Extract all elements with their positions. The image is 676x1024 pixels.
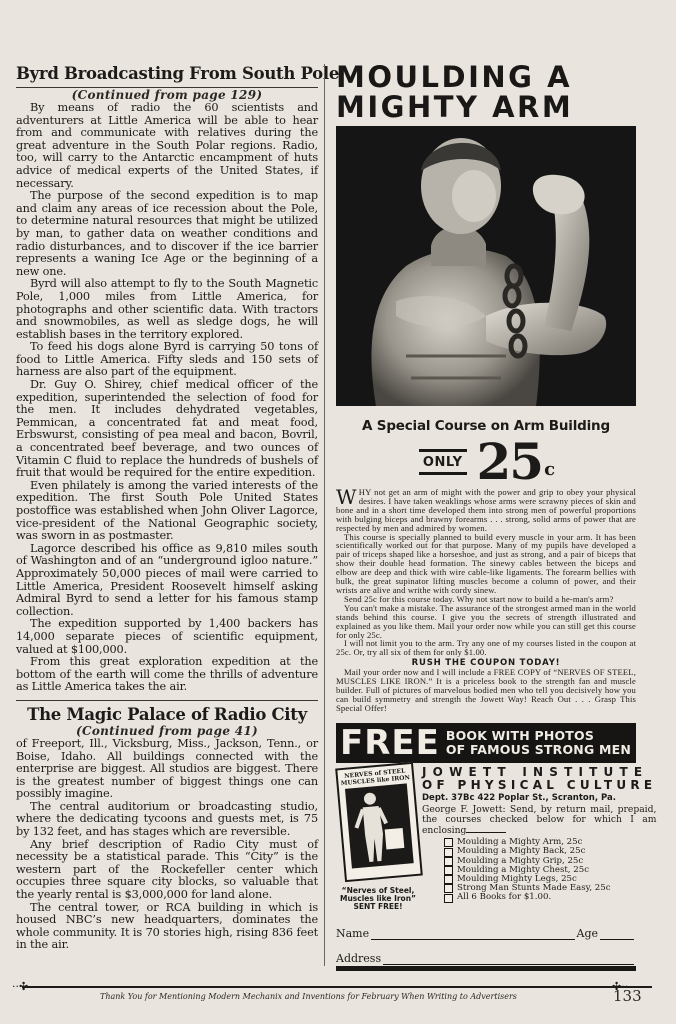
section-divider [16,700,318,701]
caption-line: SENT FREE! [336,903,420,911]
name-age-row: Name Age [336,927,636,940]
free-book-cover: NERVES of STEEL MUSCLES like IRON [335,762,423,882]
name-field[interactable] [371,927,574,940]
order-instructions: George F. Jowett: Send, by return mail, … [422,805,656,837]
instructions-text: George F. Jowett: Send, by return mail, … [422,804,656,836]
age-field[interactable] [600,927,634,940]
ad-paragraph: Mail your order now and I will include a… [336,668,636,713]
price-unit: c [544,459,553,480]
article-body-radio-city: of Freeport, Ill., Vicksburg, Miss., Jac… [16,738,318,952]
ad-paragraph: You can't make a mistake. The assurance … [336,604,636,640]
paragraph: Any brief description of Radio City must… [16,839,318,902]
course-label: All 6 Books for $1.00. [457,893,551,902]
course-checklist: Moulding a Mighty Arm, 25c Moulding a Mi… [444,838,656,902]
ad-headline-line2: MIGHTY ARM [336,92,636,122]
book-column: NERVES of STEEL MUSCLES like IRON “Nerve… [336,765,420,911]
free-word: FREE [340,726,440,760]
column-divider [324,64,325,966]
paragraph: The purpose of the second expedition is … [16,190,318,278]
ad-headline-line1: MOULDING A [336,62,636,92]
checkbox[interactable] [444,884,453,893]
checkbox[interactable] [444,848,453,857]
paragraph: The central auditorium or broadcasting s… [16,801,318,839]
ad-headline: MOULDING A MIGHTY ARM [336,62,636,122]
coupon-bottom-bar [336,966,636,971]
left-column: Byrd Broadcasting From South Pole (Conti… [16,64,318,952]
drop-cap: W [336,489,357,505]
muscleman-photo [336,126,636,406]
paragraph: By means of radio the 60 scientists and … [16,102,318,190]
order-coupon: NERVES of STEEL MUSCLES like IRON “Nerve… [336,765,636,911]
checkbox[interactable] [444,866,453,875]
course-option[interactable]: All 6 Books for $1.00. [444,893,656,902]
continued-note: (Continued from page 41) [16,725,318,738]
price: 25c [477,437,554,487]
page-number: 133 [613,987,642,1005]
address-row: Address [336,952,636,965]
free-book-description: BOOK WITH PHOTOS OF FAMOUS STRONG MEN [446,729,631,757]
checkbox[interactable] [444,875,453,884]
ad-paragraph: I will not limit you to the arm. Try any… [336,639,636,657]
checkbox[interactable] [444,838,453,847]
paragraph: The expedition supported by 1,400 backer… [16,618,318,656]
price-value: 25 [477,432,543,491]
article-title-radio-city: The Magic Palace of Radio City [16,705,318,724]
address-field[interactable] [383,952,634,965]
paragraph: of Freeport, Ill., Vicksburg, Miss., Jac… [16,738,318,801]
paragraph: From this great exploration expedition a… [16,656,318,694]
article-body-byrd: By means of radio the 60 scientists and … [16,102,318,694]
name-label: Name [336,927,369,940]
institute-subtitle: OF PHYSICAL CULTURE [422,779,656,792]
address-label: Address [336,952,381,965]
paragraph: Even philately is among the varied inter… [16,480,318,543]
institute-address: Dept. 37Bc 422 Poplar St., Scranton, Pa. [422,792,656,804]
free-line2: OF FAMOUS STRONG MEN [446,743,631,757]
ad-body-copy: WHY not get an arm of might with the pow… [336,488,636,713]
book-caption: “Nerves of Steel, Muscles like Iron” SEN… [336,887,420,911]
footer-text: Thank You for Mentioning Modern Mechanix… [100,992,517,1001]
price-banner: ONLY 25c [336,436,636,488]
institute-column: JOWETT INSTITUTE OF PHYSICAL CULTURE Dep… [420,765,656,911]
ad-paragraph: This course is specially planned to buil… [336,533,636,595]
paragraph: Dr. Guy O. Shirey, chief medical officer… [16,379,318,480]
checkbox[interactable] [444,894,453,903]
strongman-figure-icon [345,783,414,868]
muscleman-illustration-icon [336,126,636,406]
ad-paragraph-text: HY not get an arm of might with the powe… [336,487,636,533]
paragraph: Lagorce described his office as 9,810 mi… [16,543,318,619]
only-label: ONLY [419,449,467,475]
amount-blank[interactable] [466,832,506,833]
free-book-banner: FREE BOOK WITH PHOTOS OF FAMOUS STRONG M… [336,723,636,763]
advertisement: MOULDING A MIGHTY ARM [336,62,636,971]
age-label: Age [577,927,599,940]
footer-rule [22,986,652,988]
paragraph: To feed his dogs alone Byrd is carrying … [16,341,318,379]
checkbox[interactable] [444,857,453,866]
ad-paragraph: WHY not get an arm of might with the pow… [336,488,636,533]
institute-name: JOWETT INSTITUTE [422,765,656,779]
article-title-byrd: Byrd Broadcasting From South Pole [16,64,318,88]
free-line1: BOOK WITH PHOTOS [446,729,631,743]
magazine-page: Byrd Broadcasting From South Pole (Conti… [0,0,676,1024]
paragraph: The central tower, or RCA building in wh… [16,902,318,952]
paragraph: Byrd will also attempt to fly to the Sou… [16,278,318,341]
